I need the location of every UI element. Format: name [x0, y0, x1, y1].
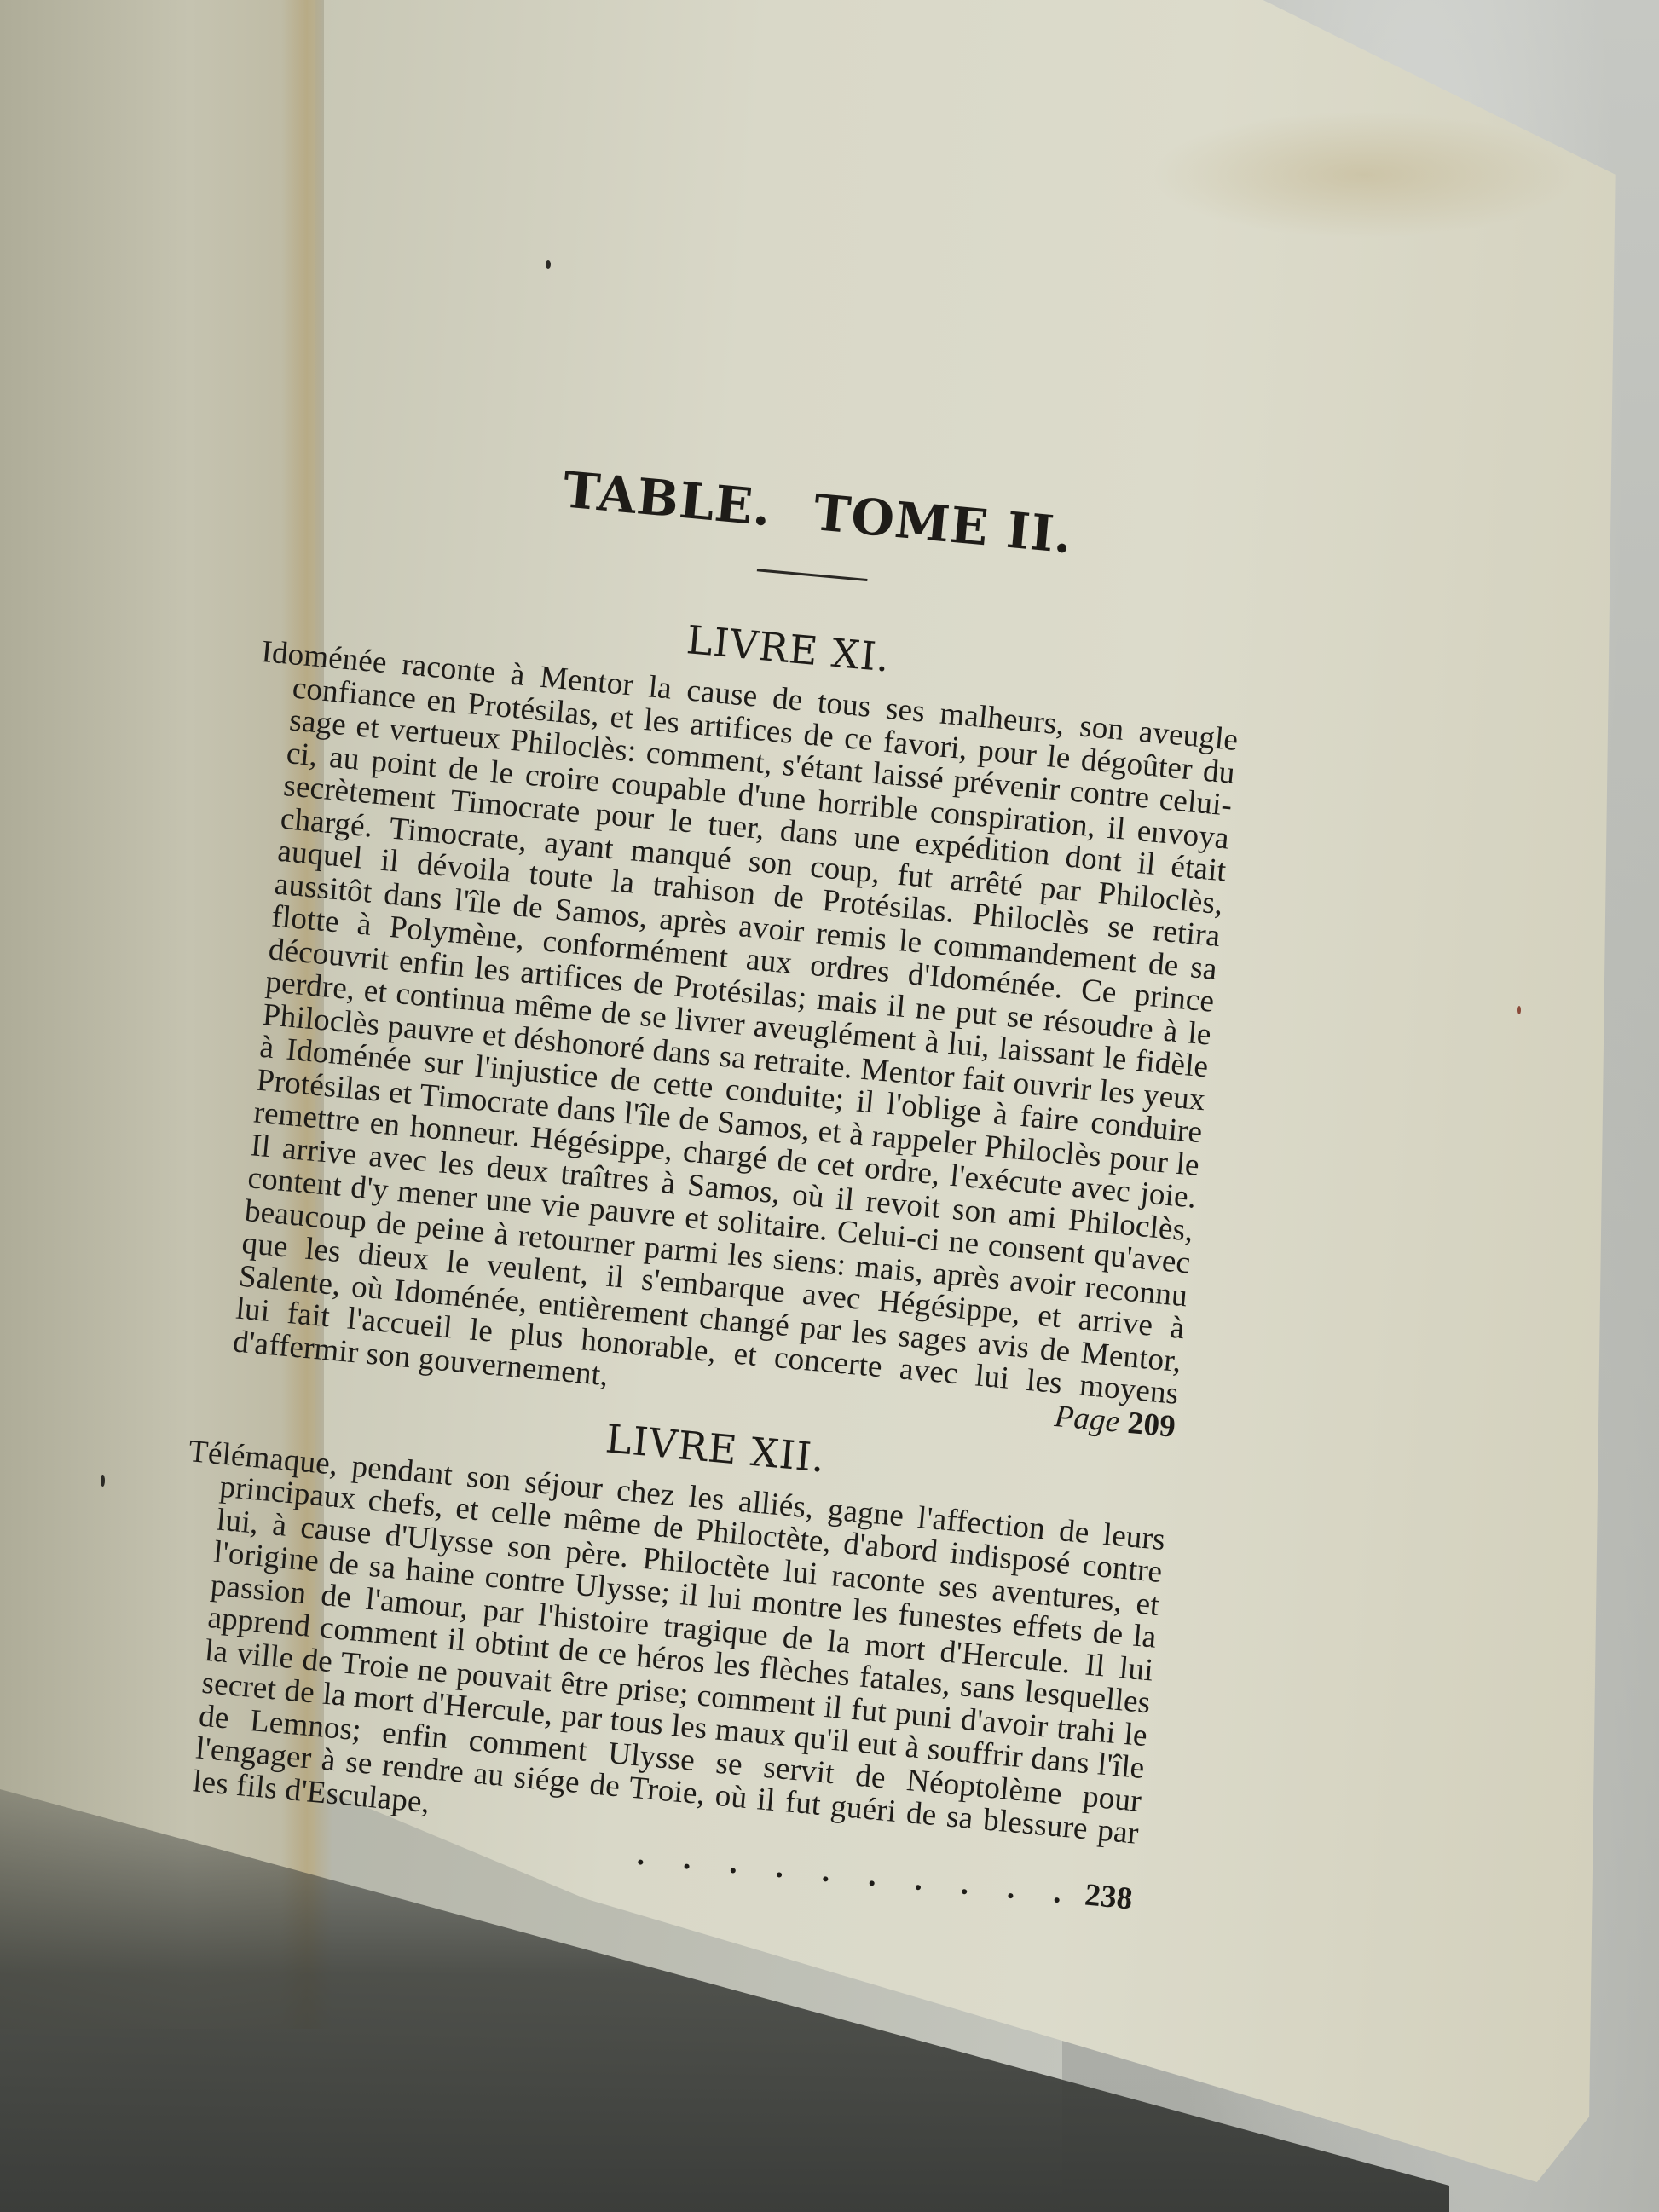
page-number: 209	[1126, 1406, 1177, 1445]
section-livre-xii: LIVRE XII. Télémaque, pendant son séjour…	[154, 1377, 1171, 1916]
summary-text: Idoménée raconte à Mentor la cause de to…	[232, 634, 1240, 1412]
page-label: Page	[1053, 1399, 1121, 1440]
title-rule-divider	[757, 569, 868, 581]
page-number: 238	[1084, 1878, 1135, 1917]
section-livre-xi: LIVRE XI. Idoménée raconte à Mentor la c…	[198, 578, 1245, 1444]
livre-summary: Idoménée raconte à Mentor la cause de to…	[198, 636, 1240, 1444]
age-stain	[1151, 111, 1577, 239]
ink-speck	[546, 260, 551, 269]
ink-speck	[1517, 1006, 1521, 1014]
livre-summary: Télémaque, pendant son séjour chez les a…	[154, 1435, 1166, 1916]
table-of-contents: TABLE.TOME II. LIVRE XI. Idoménée racont…	[153, 435, 1257, 1938]
ink-speck	[101, 1475, 105, 1487]
